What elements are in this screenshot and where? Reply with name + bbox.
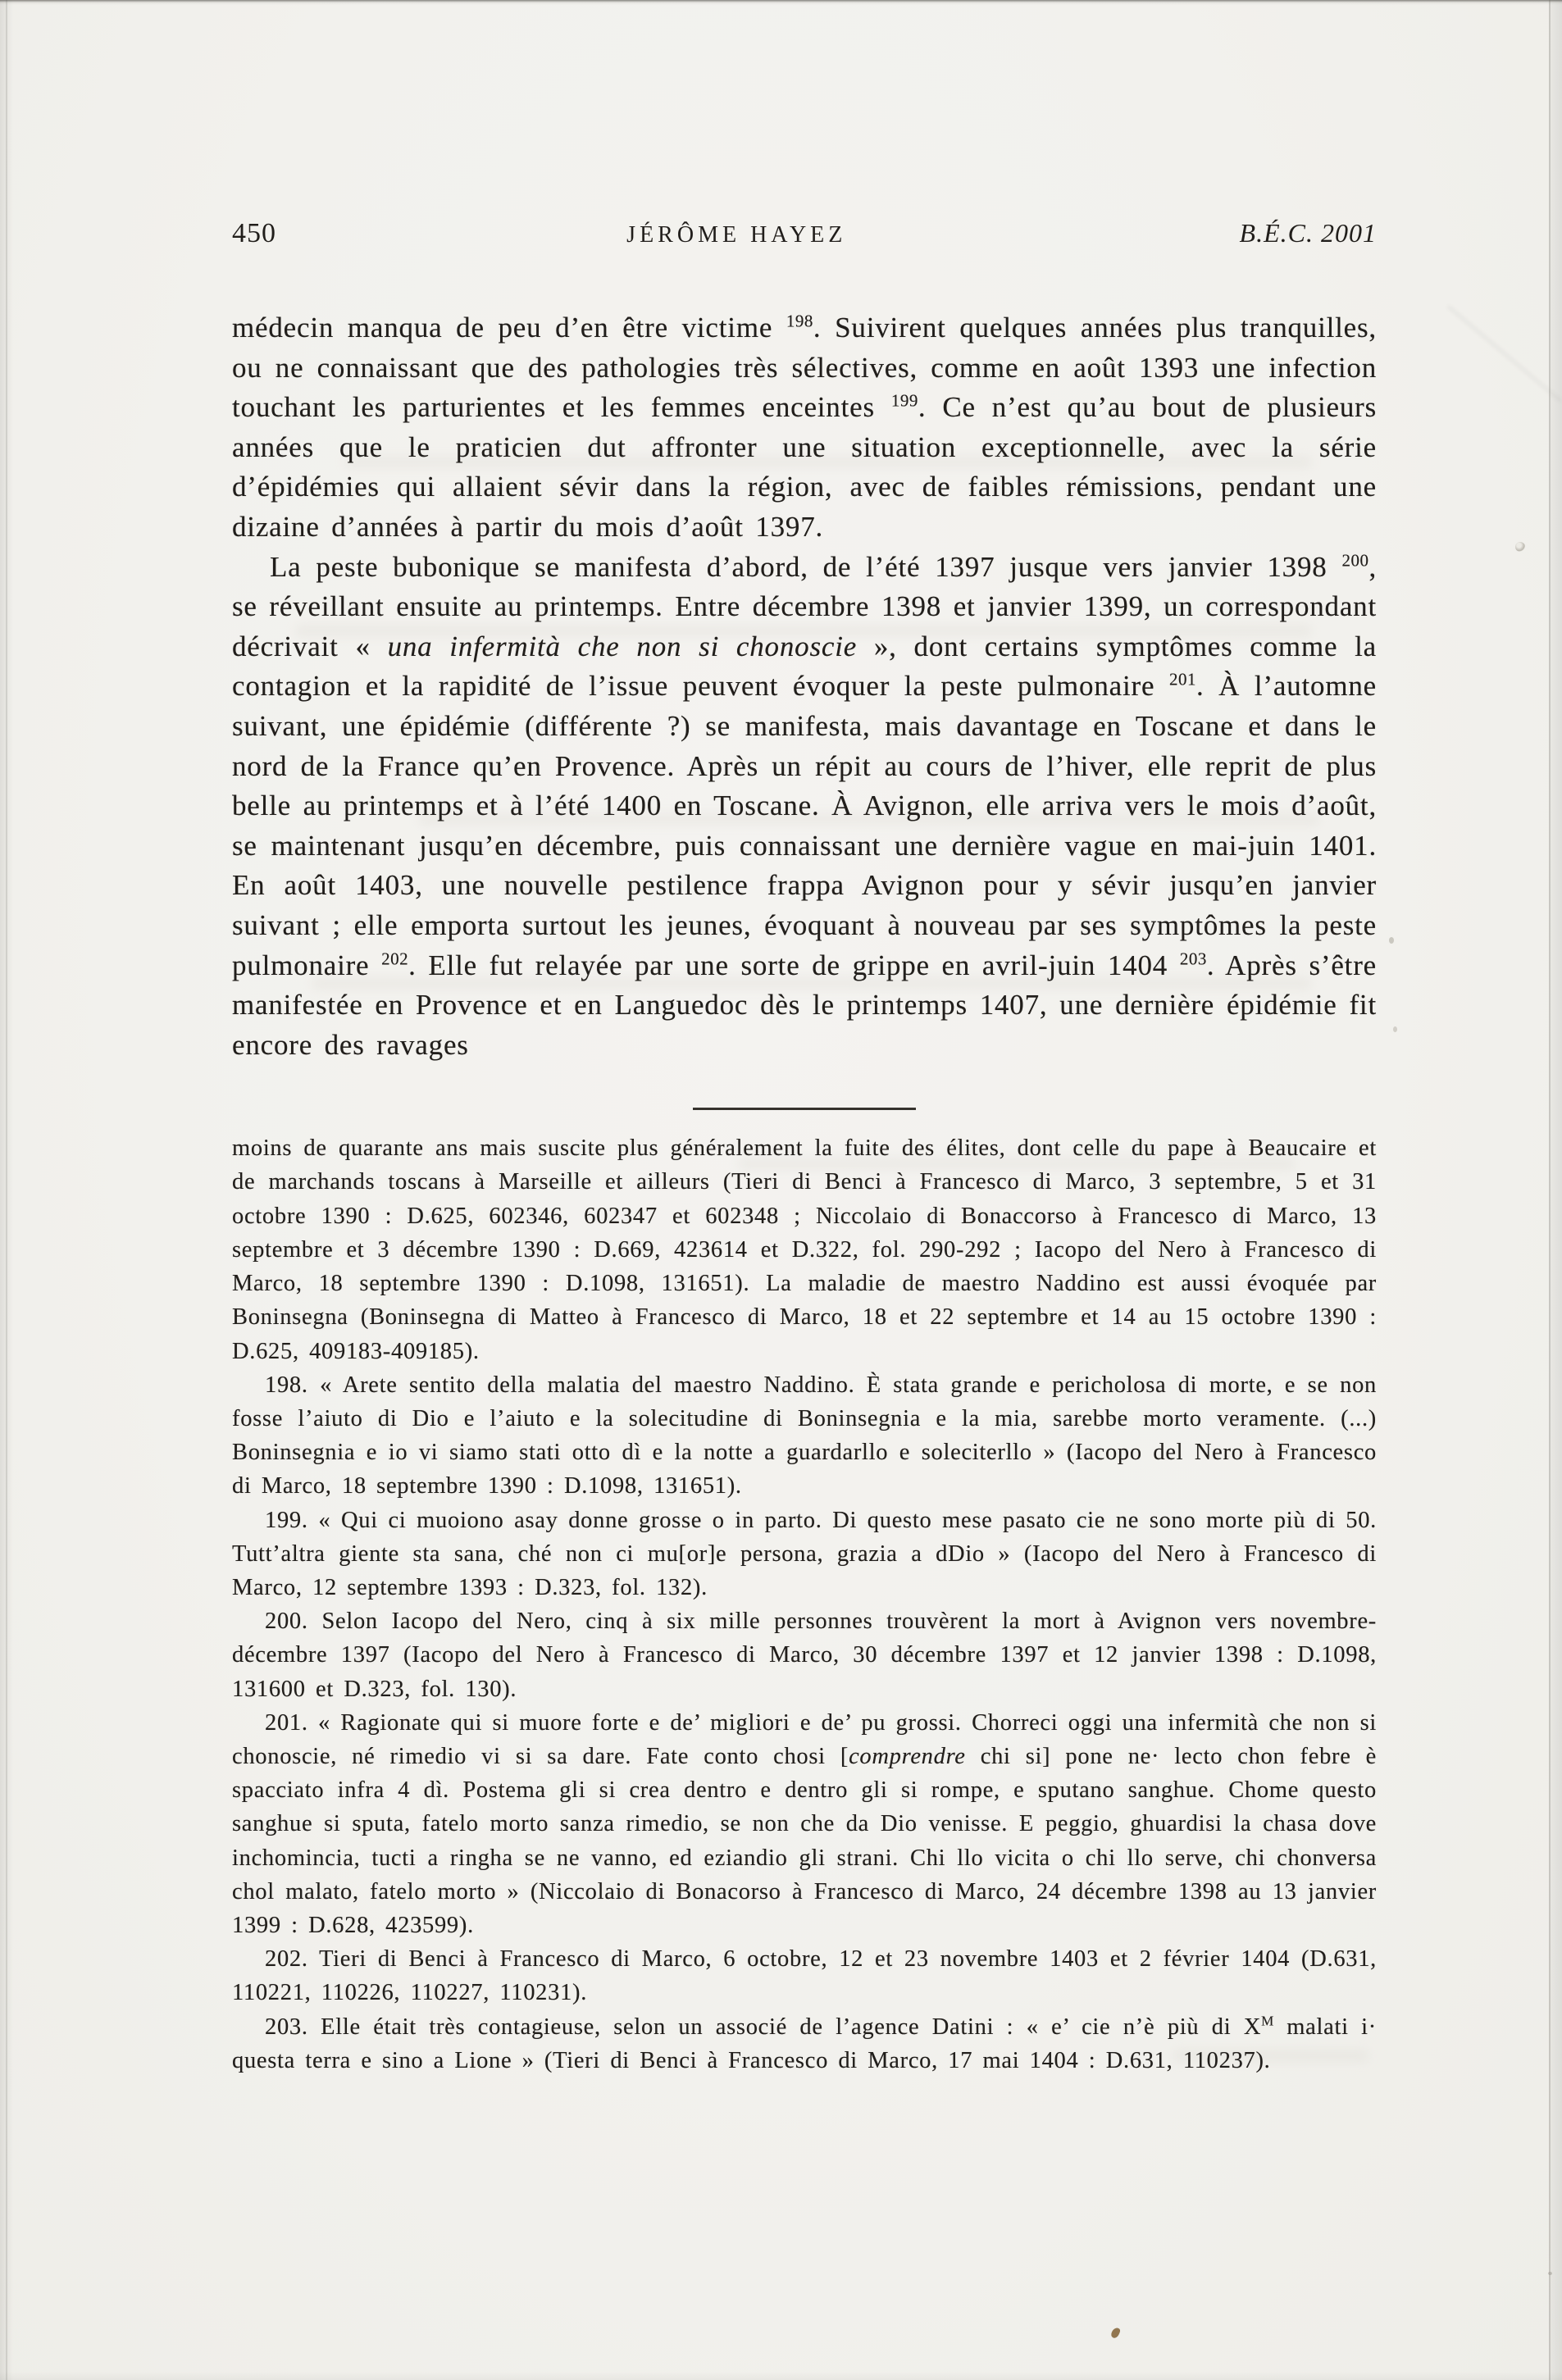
page-edge-right [1549,0,1551,2380]
running-head: 450 JÉRÔME HAYEZ B.É.C. 2001 [232,218,1377,249]
footnotes: moins de quarante ans mais suscite plus … [232,1131,1377,2077]
text-block: 450 JÉRÔME HAYEZ B.É.C. 2001 médecin man… [232,218,1377,2077]
paragraph: médecin manqua de peu d’en être victime … [232,308,1377,548]
footnote-199: 199. « Qui ci muoiono asay donne grosse … [232,1504,1377,1605]
footnote-202: 202. Tieri di Benci à Francesco di Marco… [232,1942,1377,2009]
paragraph: La peste bubonique se manifesta d’abord,… [232,548,1377,1066]
body-text: médecin manqua de peu d’en être victime … [232,308,1377,1065]
footnote-201: 201. « Ragionate qui si muore forte e de… [232,1706,1377,1942]
ink-speck [1110,2327,1122,2340]
footnote-200: 200. Selon Iacopo del Nero, cinq à six m… [232,1604,1377,1706]
page-edge-right-shade [1551,0,1562,2380]
paper-crease [1447,306,1562,403]
paper-dent-speck [1515,542,1525,552]
footnote-203: 203. Elle était très contagieuse, selon … [232,2010,1377,2077]
footnote-continuation: moins de quarante ans mais suscite plus … [232,1131,1377,1367]
footnote-198: 198. « Arete sentito della malatia del m… [232,1368,1377,1504]
page-number: 450 [232,218,276,249]
running-title: JÉRÔME HAYEZ [626,222,846,248]
footnote-separator-rule [693,1108,916,1110]
journal-reference: B.É.C. 2001 [1240,218,1377,248]
page-edge-left [6,0,7,2380]
scan-speck [1548,2272,1552,2275]
scanned-page: 450 JÉRÔME HAYEZ B.É.C. 2001 médecin man… [0,0,1562,2380]
scan-speck [1389,937,1394,944]
scan-speck [1393,1026,1397,1032]
page-edge-top [0,0,1562,2]
